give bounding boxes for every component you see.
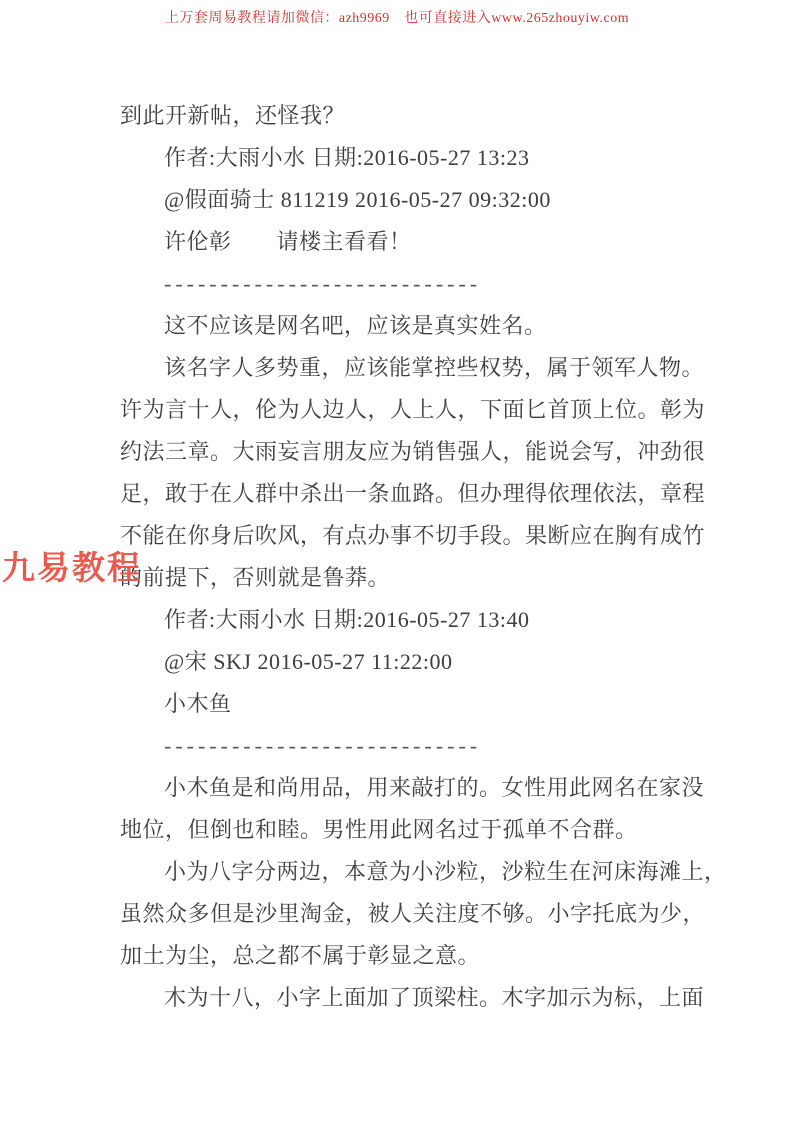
text-line: 的前提下，否则就是鲁莽。 (120, 557, 700, 599)
text-line: 加土为尘，总之都不属于彰显之意。 (120, 935, 700, 977)
promo-header: 上万套周易教程请加微信：azh9969 也可直接进入www.265zhouyiw… (0, 7, 794, 27)
text-line: 小木鱼是和尚用品，用来敲打的。女性用此网名在家没 (120, 767, 700, 809)
text-line: 不能在你身后吹风，有点办事不切手段。果断应在胸有成竹 (120, 515, 700, 557)
text-line: 作者:大雨小水 日期:2016-05-27 13:23 (120, 137, 700, 179)
text-line: 到此开新帖，还怪我？ (120, 95, 700, 137)
text-line: 足，敢于在人群中杀出一条血路。但办理得依理依法，章程 (120, 473, 700, 515)
watermark: 九易教程 (2, 542, 142, 589)
document-page: 上万套周易教程请加微信：azh9969 也可直接进入www.265zhouyiw… (0, 0, 794, 1123)
text-line: @宋 SKJ 2016-05-27 11:22:00 (120, 641, 700, 683)
text-line: 作者:大雨小水 日期:2016-05-27 13:40 (120, 599, 700, 641)
text-line: 虽然众多但是沙里淘金，被人关注度不够。小字托底为少， (120, 893, 700, 935)
text-line: 木为十八，小字上面加了顶梁柱。木字加示为标，上面 (120, 977, 700, 1019)
text-line: 许伦彰 请楼主看看！ (120, 221, 700, 263)
text-line: 小为八字分两边，本意为小沙粒，沙粒生在河床海滩上， (120, 851, 700, 893)
text-line: 许为言十人，伦为人边人，人上人，下面匕首顶上位。彰为 (120, 389, 700, 431)
text-line: 地位，但倒也和睦。男性用此网名过于孤单不合群。 (120, 809, 700, 851)
text-line: 小木鱼 (120, 683, 700, 725)
promo-header-text: 上万套周易教程请加微信：azh9969 也可直接进入www.265zhouyiw… (165, 11, 629, 26)
divider-line: ---------------------------- (120, 725, 700, 767)
text-line: 这不应该是网名吧，应该是真实姓名。 (120, 305, 700, 347)
text-line: @假面骑士 811219 2016-05-27 09:32:00 (120, 179, 700, 221)
divider-line: ---------------------------- (120, 263, 700, 305)
text-line: 约法三章。大雨妄言朋友应为销售强人，能说会写，冲劲很 (120, 431, 700, 473)
text-line: 该名字人多势重，应该能掌控些权势，属于领军人物。 (120, 347, 700, 389)
document-body: 到此开新帖，还怪我？作者:大雨小水 日期:2016-05-27 13:23@假面… (120, 95, 700, 1019)
